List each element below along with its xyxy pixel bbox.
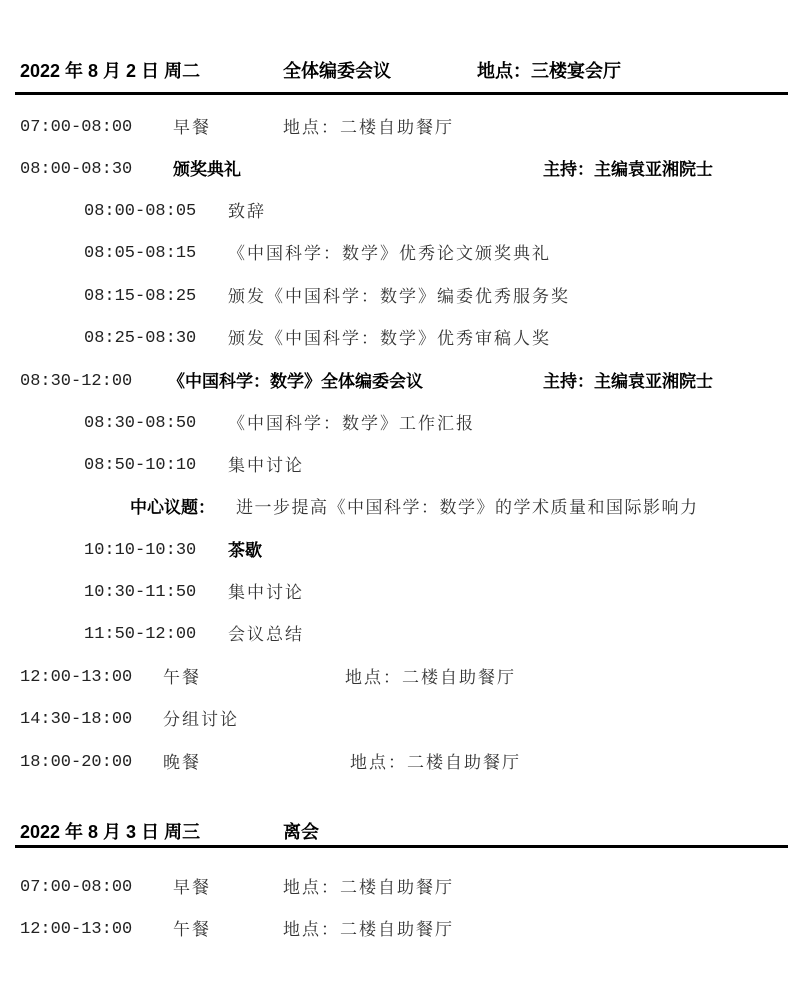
row-title: 茶歇 [228,538,262,564]
row-host: 主持：主编袁亚湘院士 [543,369,713,395]
row-title: 颁奖典礼 [173,157,241,183]
row-time: 10:30-11:50 [84,580,196,606]
day1-date: 2022 年 8 月 2 日 周二 [20,57,200,83]
row-location: 地点：二楼自助餐厅 [283,875,454,901]
row-title: 《中国科学：数学》工作汇报 [228,411,475,437]
row-time: 12:00-13:00 [20,665,132,691]
row-time: 08:15-08:25 [84,284,196,310]
row-time: 14:30-18:00 [20,707,132,733]
row-title: 颁发《中国科学：数学》编委优秀服务奖 [228,284,570,310]
row-time: 08:25-08:30 [84,326,196,352]
row-location: 地点：二楼自助餐厅 [283,917,454,943]
central-topic-label: 中心议题： [130,495,215,521]
row-location: 地点：二楼自助餐厅 [350,750,521,776]
row-location: 地点：二楼自助餐厅 [345,665,516,691]
row-time: 08:00-08:30 [20,157,132,183]
row-host: 主持：主编袁亚湘院士 [543,157,713,183]
row-time: 08:00-08:05 [84,199,196,225]
day2-date: 2022 年 8 月 3 日 周三 [20,818,200,844]
row-time: 08:50-10:10 [84,453,196,479]
row-title: 晚餐 [163,750,201,776]
row-time: 18:00-20:00 [20,750,132,776]
row-time: 11:50-12:00 [84,622,196,648]
row-title: 早餐 [173,875,211,901]
row-time: 07:00-08:00 [20,115,132,141]
day2-divider [15,845,788,848]
row-time: 12:00-13:00 [20,917,132,943]
day2-event: 离会 [283,818,319,844]
row-title: 午餐 [173,917,211,943]
day1-event: 全体编委会议 [283,57,391,83]
row-title: 集中讨论 [228,453,304,479]
row-title: 致辞 [228,199,266,225]
row-title: 早餐 [173,115,211,141]
row-time: 07:00-08:00 [20,875,132,901]
day1-location: 地点：三楼宴会厅 [477,57,621,83]
row-location: 地点：二楼自助餐厅 [283,115,454,141]
row-title: 午餐 [163,665,201,691]
row-title: 《中国科学：数学》全体编委会议 [168,369,423,395]
row-time: 08:30-12:00 [20,369,132,395]
row-title: 《中国科学：数学》优秀论文颁奖典礼 [228,241,551,267]
day1-divider [15,92,788,95]
row-title: 集中讨论 [228,580,304,606]
central-topic-text: 进一步提高《中国科学：数学》的学术质量和国际影响力 [236,495,699,521]
row-time: 08:30-08:50 [84,411,196,437]
row-time: 08:05-08:15 [84,241,196,267]
row-title: 颁发《中国科学：数学》优秀审稿人奖 [228,326,551,352]
row-title: 分组讨论 [163,707,239,733]
row-title: 会议总结 [228,622,304,648]
row-time: 10:10-10:30 [84,538,196,564]
